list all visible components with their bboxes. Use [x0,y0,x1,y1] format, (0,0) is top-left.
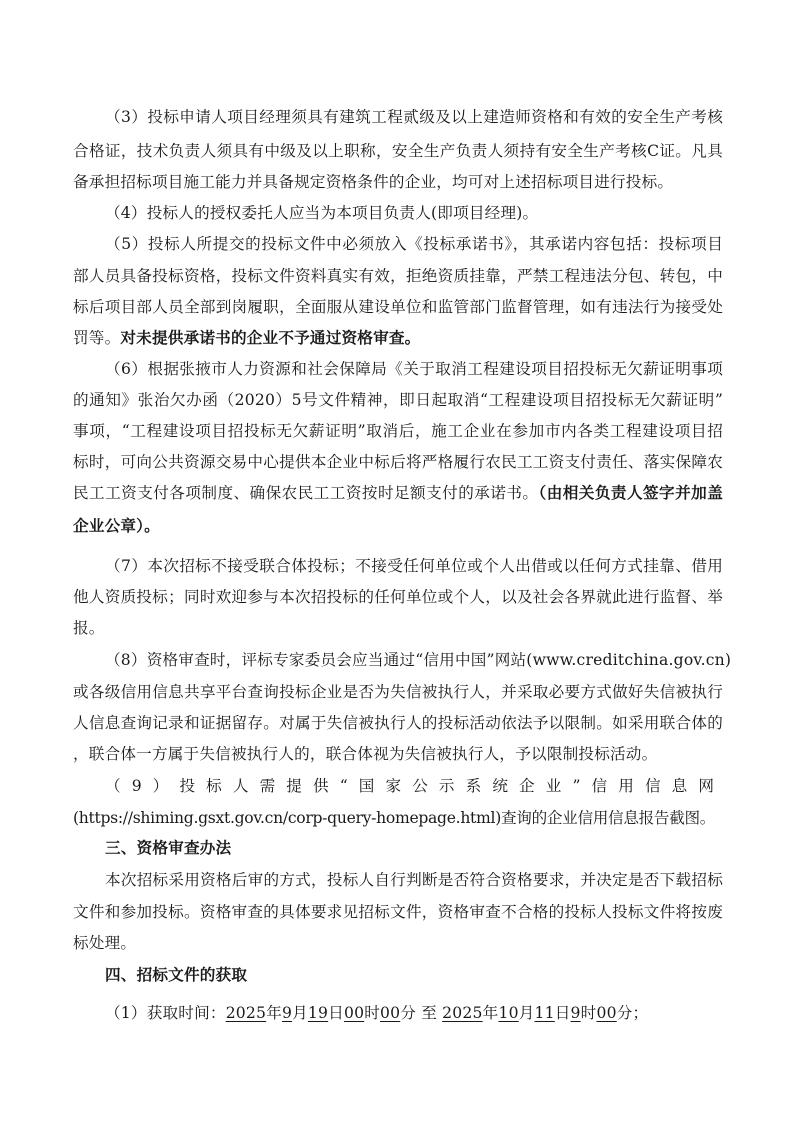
month-label: 月 [519,1004,535,1022]
paragraph-6-bold-note: （由相关负责人签字并加盖 [538,484,723,502]
paragraph-8-line-1: （8）资格审查时，评标专家委员会应当通过“信用中国”网站(www.creditc… [73,645,723,676]
paragraph-7-line-2: 他人资质投标；同时欢迎参与本次招投标的任何单位或个人，以及社会各界就此进行监督、… [73,582,723,613]
section-3-line-3: 标处理。 [73,928,723,959]
end-minute: 00 [596,1004,616,1022]
year-label: 年 [483,1004,499,1022]
paragraph-5-line-1: （5）投标人所提交的投标文件中必须放入《投标承诺书》，其承诺内容包括：投标项目 [73,229,723,260]
paragraph-8-line-4: ，联合体一方属于失信被执行人的，联合体视为失信被执行人，予以限制投标活动。 [73,739,723,770]
end-year: 2025 [442,1004,483,1022]
start-month: 9 [282,1004,292,1022]
to-label: 至 [416,1004,442,1022]
section-3-line-1: 本次招标采用资格后审的方式，投标人自行判断是否符合资格要求，并决定是否下载招标 [73,865,723,896]
paragraph-8-line-3: 人信息查询记录和证据留存。对属于失信被执行人的投标活动依法予以限制。如采用联合体… [73,708,723,739]
minute-label: 分 [617,1004,633,1022]
end-month: 10 [498,1004,518,1022]
paragraph-6-line-5: 民工工资支付各项制度、确保农民工工资按时足额支付的承诺书。（由相关负责人签字并加… [73,478,723,509]
paragraph-6-line-1: （6）根据张掖市人力资源和社会保障局《关于取消工程建设项目招投标无欠薪证明事项 [73,354,723,385]
end-hour: 9 [571,1004,581,1022]
start-year: 2025 [226,1004,267,1022]
paragraph-5-bold-notice: 对未提供承诺书的企业不予通过资格审查。 [120,329,420,347]
minute-label: 分 [400,1004,416,1022]
hour-label: 时 [364,1004,380,1022]
paragraph-3-line-1: （3）投标申请人项目经理须具有建筑工程贰级及以上建造师资格和有效的安全生产考核 [73,102,723,133]
paragraph-7-line-1: （7）本次招标不接受联合体投标；不接受任何单位或个人出借或以任何方式挂靠、借用 [73,551,723,582]
paragraph-9-line-1: （9）投标人需提供“国家公示系统企业”信用信息网 [73,771,723,802]
paragraph-5-text: 罚等。 [73,329,120,347]
day-label: 日 [328,1004,344,1022]
paragraph-3-line-2: 合格证，技术负责人须具有中级及以上职称，安全生产负责人须持有安全生产考核C证。凡… [73,136,723,167]
paragraph-3-line-3: 备承担招标项目施工能力并具备规定资格条件的企业，均可对上述招标项目进行投标。 [73,167,723,198]
hour-label: 时 [581,1004,597,1022]
section-3-heading: 三、资格审查办法 [73,833,723,864]
suffix: ； [633,1004,649,1022]
paragraph-6-text: 民工工资支付各项制度、确保农民工工资按时足额支付的承诺书。 [73,484,538,502]
start-hour: 00 [344,1004,364,1022]
paragraph-6-line-3: 事项，“工程建设项目招投标无欠薪证明”取消后，施工企业在参加市内各类工程建设项目… [73,416,723,447]
section-4-heading: 四、招标文件的获取 [73,960,723,991]
year-label: 年 [266,1004,282,1022]
acquisition-time-label: （1）获取时间： [105,1004,226,1022]
paragraph-5-line-3: 标后项目部人员全部到岗履职，全面服从建设单位和监管部门监督管理，如有违法行为接受… [73,292,723,323]
paragraph-8-line-2: 或各级信用信息共享平台查询投标企业是否为失信被执行人，并采取必要方式做好失信被执… [73,677,723,708]
paragraph-6-line-4: 标时，可向公共资源交易中心提供本企业中标后将严格履行农民工工资支付责任、落实保障… [73,447,723,478]
paragraph-6-line-2: 的通知》张治欠办函（2020）5号文件精神，即日起取消“工程建设项目招投标无欠薪… [73,385,723,416]
section-3-line-2: 文件和参加投标。资格审查的具体要求见招标文件，资格审查不合格的投标人投标文件将按… [73,897,723,928]
paragraph-6-line-6: 企业公章）。 [73,511,723,542]
start-minute: 00 [380,1004,400,1022]
end-day: 11 [535,1004,555,1022]
paragraph-9-line-2: (https://shiming.gsxt.gov.cn/corp-query-… [73,803,723,834]
paragraph-5-line-4: 罚等。对未提供承诺书的企业不予通过资格审查。 [73,323,723,354]
month-label: 月 [292,1004,308,1022]
start-day: 19 [308,1004,328,1022]
day-label: 日 [555,1004,571,1022]
paragraph-5-line-2: 部人员具备投标资格，投标文件资料真实有效，拒绝资质挂靠，严禁工程违法分包、转包，… [73,261,723,292]
acquisition-time-line: （1）获取时间：2025年9月19日00时00分 至 2025年10月11日9时… [73,998,723,1029]
paragraph-7-line-3: 报。 [73,613,723,644]
paragraph-4-line-1: （4）投标人的授权委托人应当为本项目负责人(即项目经理)。 [73,198,723,229]
